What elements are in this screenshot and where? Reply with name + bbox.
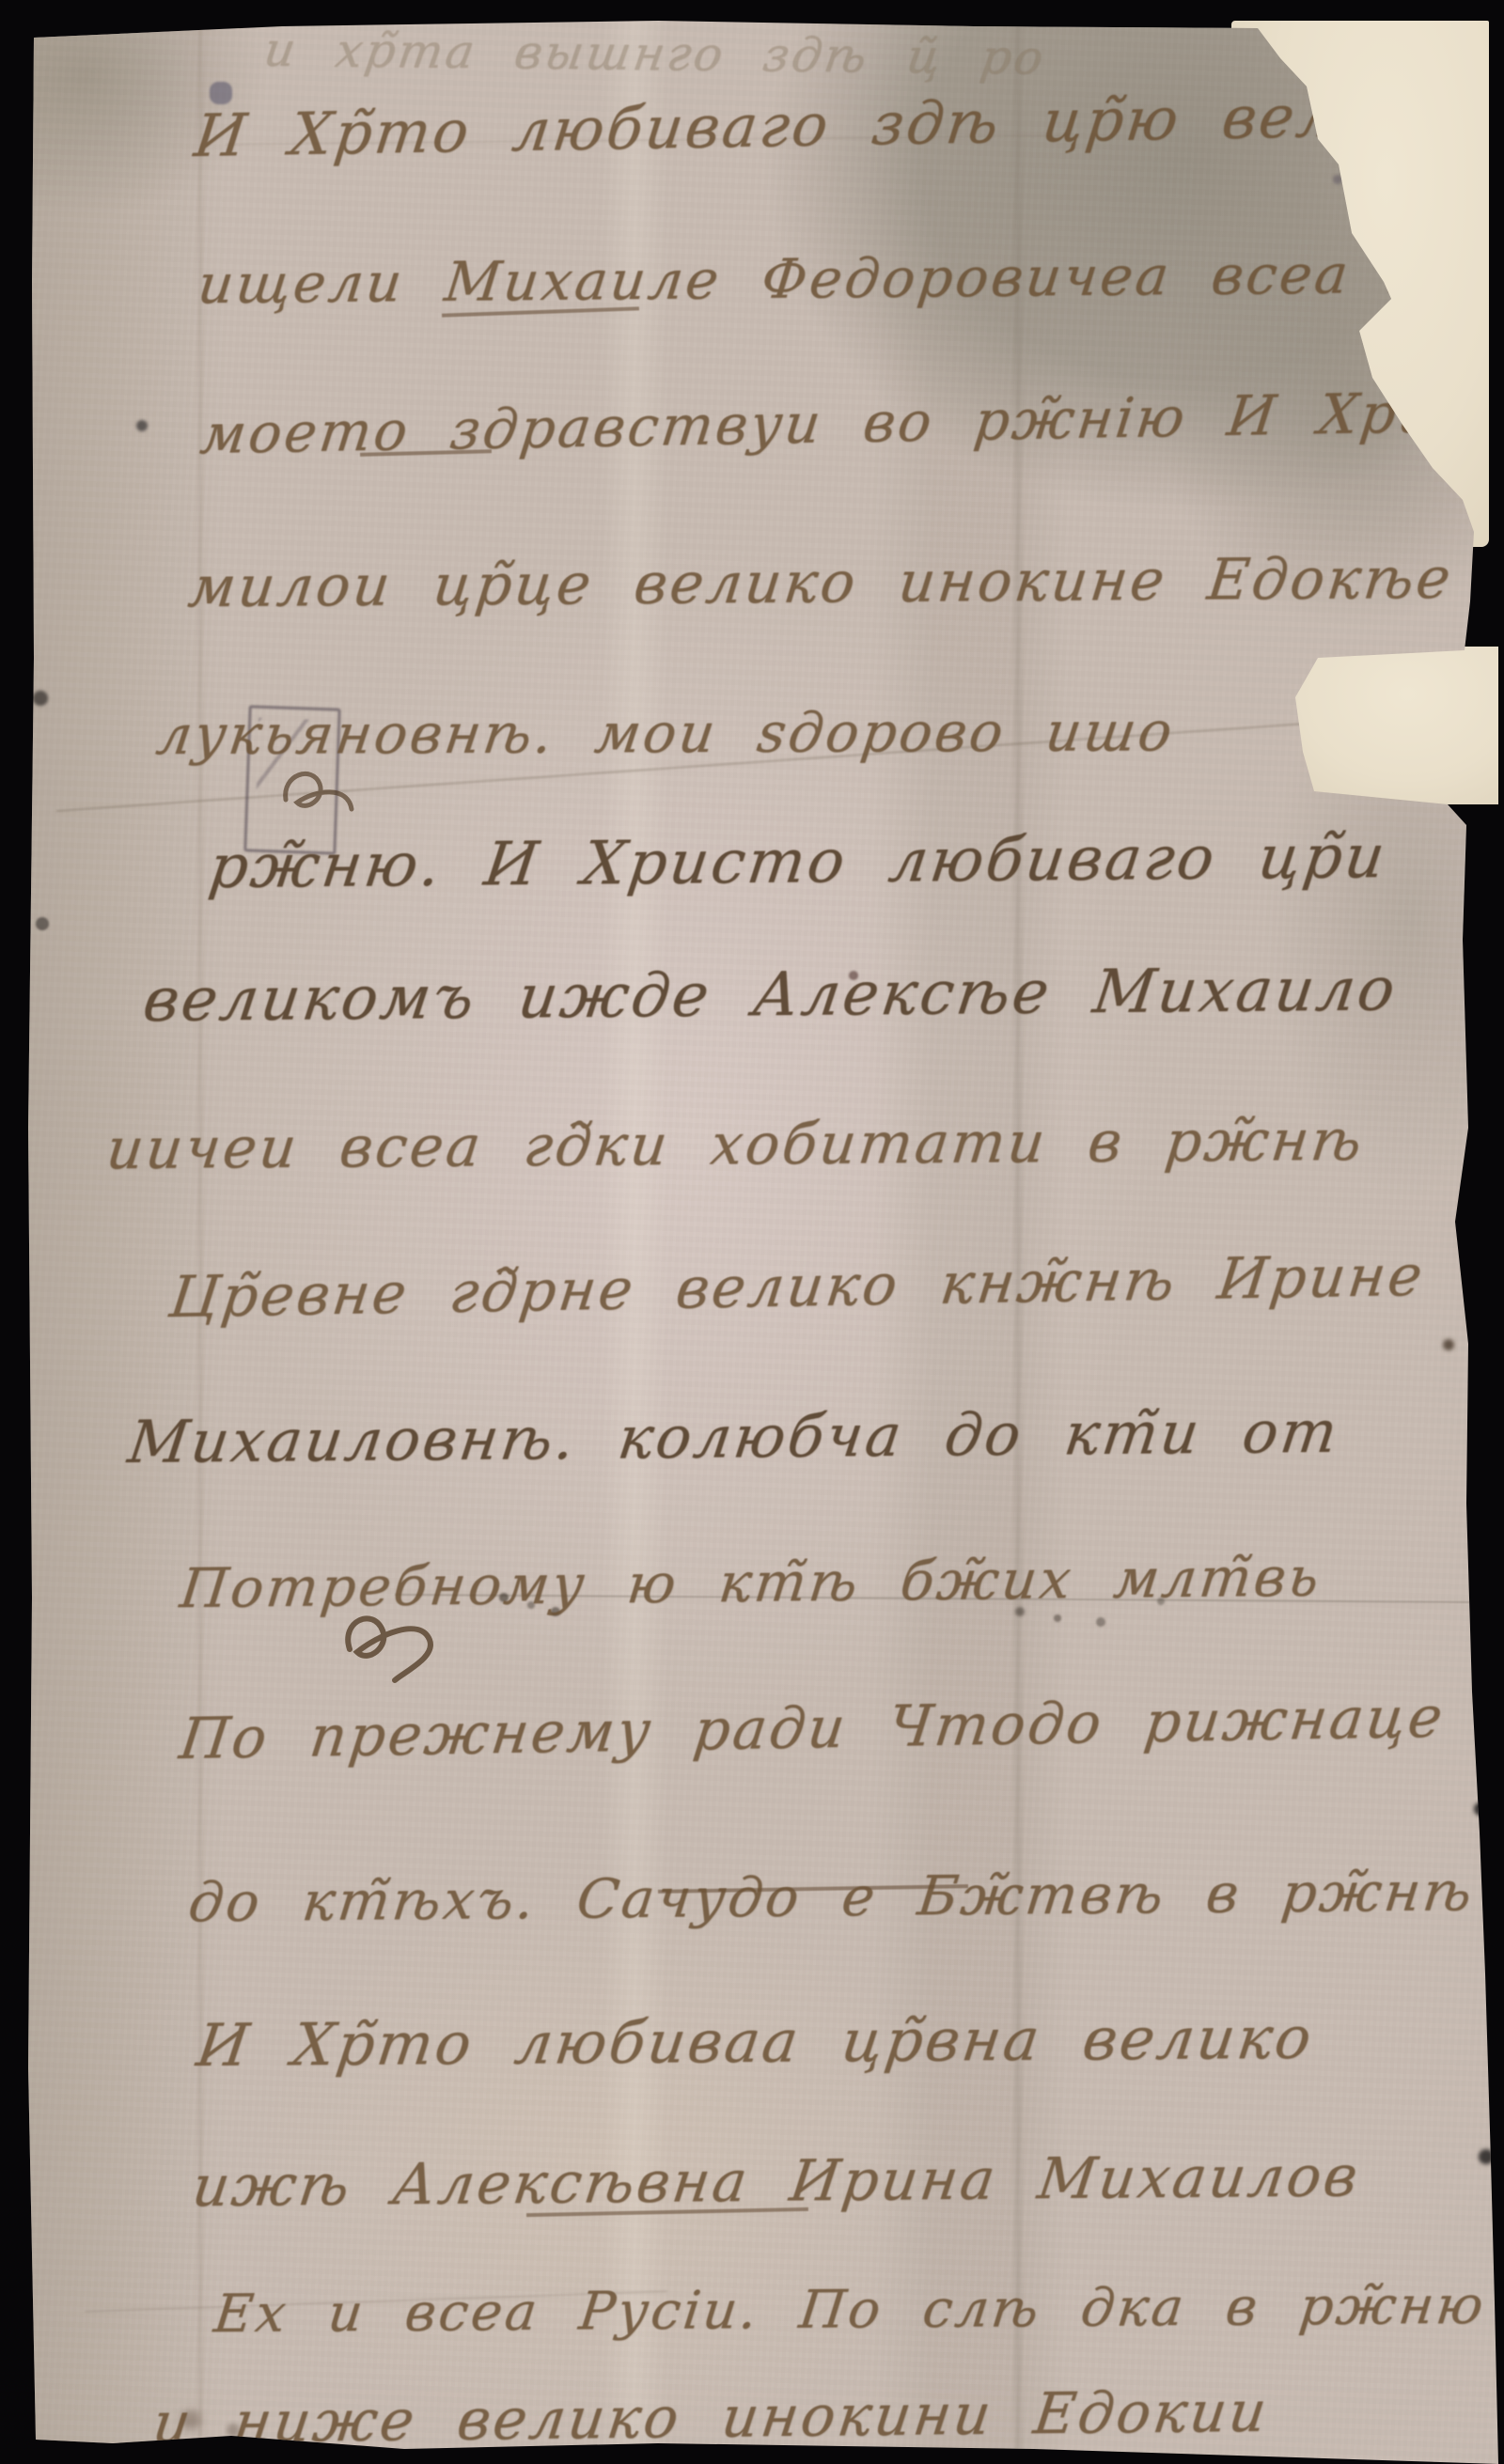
handwritten-line: моето здравствуи во рж̃нію И Христолюбъ — [197, 376, 1504, 466]
handwritten-line: до кт̃ѣхъ. Сачудо е Бж̃твѣ в рж̃нѣ — [185, 1859, 1478, 1934]
handwritten-line: ижѣ Алексѣвна Ирина Михаилов — [189, 2144, 1364, 2220]
handwritten-line-fragment: и хр̃та вышнго здѣ ц̃ ро — [260, 23, 1049, 86]
vertical-fold-crease — [1011, 0, 1025, 2464]
handwritten-line: По прежнему ради Чтодо рижнаце — [176, 1685, 1449, 1773]
handwritten-line: И Хр̃то любиваа цр̃вна велико — [193, 2004, 1318, 2080]
vertical-fold-line — [198, 0, 202, 2464]
stain-specks — [0, 0, 6, 6]
handwritten-line: рж̃ню. И Христо любиваго цр̃и — [205, 822, 1391, 902]
manuscript-page: и хр̃та вышнго здѣ ц̃ ро И Хр̃то любиваг… — [0, 0, 1504, 2464]
handwritten-line: великомъ ижде Алексѣе Михаило — [139, 955, 1402, 1036]
handwritten-line-bottom-clipped: и ниже велико инокини Едокии — [149, 2379, 1273, 2457]
handwritten-line: ищели Михаиле Федоровичеа всеа Русіи — [195, 240, 1504, 316]
paper-texture — [0, 0, 1504, 2464]
handwritten-line: И Хр̃то любиваго здѣ цр̃ю велики — [191, 80, 1459, 171]
handwritten-line: лукьяновнѣ. мои ѕдорово ишо — [153, 699, 1179, 767]
vertical-fold-band — [602, 0, 667, 2464]
handwritten-line: иичеи всеа гд̃ки хобитати в рж̃нѣ — [103, 1108, 1368, 1182]
handwritten-line: Ех и всеа Русіи. По слѣ дка в рж̃ню — [211, 2275, 1489, 2345]
handwritten-line: милои цр̃це велико инокине Едокѣе — [185, 546, 1457, 620]
handwritten-line: Цр̃евне гд̃рне велико кнж̃нѣ Ирине — [165, 1243, 1428, 1331]
photo-backdrop: и хр̃та вышнго здѣ ц̃ ро И Хр̃то любиваг… — [0, 0, 1504, 2464]
handwritten-line: Потребному ю кт̃ѣ бж̃их млт̃вь — [177, 1544, 1324, 1620]
handwritten-line: Михаиловнѣ. колюбча до кт̃и от — [124, 1397, 1343, 1476]
